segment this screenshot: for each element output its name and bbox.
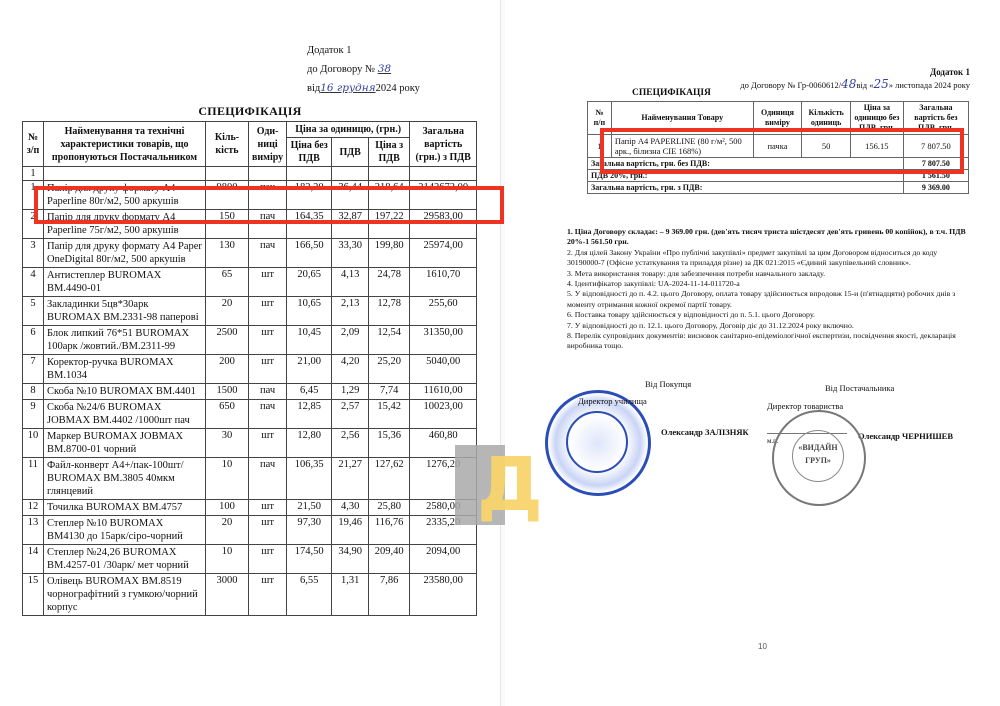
cell-name: Папір для друку формату А4 Paper OneDigi… [44,239,206,268]
col-price-group: Ціна за одиницю, (грн.) [287,122,410,138]
cell-price: 166,50 [287,239,332,268]
cell-price: 174,50 [287,545,332,574]
cell-total: 29583,00 [410,210,477,239]
cell-unit: шт [249,355,287,384]
col-total: Загальна вартість (грн.) з ПДВ [410,122,477,167]
note-8: 8. Перелік супровідних документів: висно… [567,331,972,352]
cell-unit: пач [249,181,287,210]
cell-vat [332,167,369,181]
rcol-unit: Одиниця виміру [753,102,802,135]
cell-unit: пач [249,458,287,500]
cell-n: 4 [23,268,44,297]
summary-row-net: Загальна вартість, грн. без ПДВ: 7 807.5… [588,158,969,170]
cell-total: 5040,00 [410,355,477,384]
annex-contract-line: до Договору № 38 [307,60,420,79]
table-row: 1Папір для друку формату А4 Paperline 80… [23,181,477,210]
cell-n: 1 [23,167,44,181]
supplier-stamp-icon: «ВИДАЙН ГРУП» [772,410,866,506]
cell-qty: 130 [206,239,249,268]
cell-n: 2 [23,210,44,239]
cell-unit [249,167,287,181]
cell-qty: 10 [206,458,249,500]
table-row: 1 [23,167,477,181]
cell-vat: 33,30 [332,239,369,268]
cell-name: Коректор-ручка BUROMAX BM.1034 [44,355,206,384]
cell-n: 3 [23,239,44,268]
right-day-handwritten: 25 [873,77,888,91]
cell-qty: 650 [206,400,249,429]
cell-total: 2094,00 [410,545,477,574]
cell-qty: 100 [206,500,249,516]
col-vat: ПДВ [332,138,369,167]
cell-qty: 3000 [206,574,249,616]
cell-n: 5 [23,297,44,326]
table-row: 8Скоба №10 BUROMAX BM.44011500пач6,451,2… [23,384,477,400]
cell-vat: 21,27 [332,458,369,500]
cell-vat: 34,90 [332,545,369,574]
contract-notes: 1. Ціна Договору складає: – 9 369.00 грн… [567,227,972,352]
table-row: 2Папір для друку формату А4 Paperline 75… [23,210,477,239]
watermark-logo-icon: Д [455,445,585,525]
cell-n: 8 [23,384,44,400]
cell-vat: 36,44 [332,181,369,210]
cell-price: 10,45 [287,326,332,355]
table-row: 1 Папір А4 PAPERLINE (80 г/м², 500 арк.,… [588,135,969,158]
annex-header: Додаток 1 до Договору № 38 від16 грудня2… [307,41,420,98]
cell-price-vat: 218,64 [369,181,410,210]
specification-table: № з/п Найменування та технічні характери… [22,121,477,616]
table-row: 10Маркер BUROMAX JOBMAX BM.8700-01 чорни… [23,429,477,458]
cell-price-vat: 25,20 [369,355,410,384]
cell-price-vat: 7,86 [369,574,410,616]
annex-date-line: від16 грудня2024 року [307,79,420,98]
cell-price: 10,65 [287,297,332,326]
cell-qty: 20 [206,516,249,545]
table-row: 14Степлер №24,26 BUROMAX BM.4257-01 /30а… [23,545,477,574]
cell-qty: 20 [206,297,249,326]
right-specification-title: СПЕЦИФІКАЦІЯ [632,88,711,98]
cell-qty: 9800 [206,181,249,210]
cell-name: Папір для друку формату А4 Paperline 75г… [44,210,206,239]
cell-vat: 2,57 [332,400,369,429]
cell-qty: 30 [206,429,249,458]
table-row: 11Файл-конверт А4+/пак-100шт/ BUROMAX BM… [23,458,477,500]
buyer-role: Директор училища [578,396,647,406]
cell-name: Олівець BUROMAX BM.8519 чорнографітний з… [44,574,206,616]
cell-name: Точилка BUROMAX BM.4757 [44,500,206,516]
cell-qty [206,167,249,181]
cell-vat: 19,46 [332,516,369,545]
cell-price: 182,20 [287,181,332,210]
cell-n: 1 [23,181,44,210]
col-name: Найменування та технічні характеристики … [44,122,206,167]
cell-total: 11610,00 [410,384,477,400]
cell-n: 14 [23,545,44,574]
note-7: 7. У відповідності до п. 12.1. цього Дог… [567,321,972,331]
cell-name [44,167,206,181]
table-row: 9Скоба №24/6 BUROMAX JOBMAX BM.4402 /100… [23,400,477,429]
cell-price-vat: 127,62 [369,458,410,500]
rcol-num: № п/п [588,102,612,135]
cell-total: 10023,00 [410,400,477,429]
cell-price: 6,45 [287,384,332,400]
cell-qty: 10 [206,545,249,574]
cell-price: 164,35 [287,210,332,239]
cell-price-vat: 12,54 [369,326,410,355]
table-row: 12Точилка BUROMAX BM.4757100шт21,504,302… [23,500,477,516]
rcol-price: Ціна за одиницю без ПДВ, грн. [850,102,903,135]
cell-unit: шт [249,297,287,326]
cell-name: Папір для друку формату А4 Paperline 80г… [44,181,206,210]
cell-name: Антистеплер BUROMAX BM.4490-01 [44,268,206,297]
cell-unit: пач [249,239,287,268]
note-6: 6. Поставка товару здійснюється у відпов… [567,310,972,320]
buyer-label: Від Покупця [645,379,691,389]
rcol-name: Найменування Товару [611,102,753,135]
cell-price-vat: 199,80 [369,239,410,268]
cell-total: 2142672,00 [410,181,477,210]
cell-qty: 200 [206,355,249,384]
cell-price: 6,55 [287,574,332,616]
cell-n: 15 [23,574,44,616]
cell-price: 21,00 [287,355,332,384]
contract-number-handwritten: 38 [378,63,391,75]
cell-name: Степлер №10 BUROMAX BM4130 до 15арк/сіро… [44,516,206,545]
table-row: 3Папір для друку формату А4 Paper OneDig… [23,239,477,268]
note-1: 1. Ціна Договору складає: – 9 369.00 грн… [567,227,972,248]
cell-price: 97,30 [287,516,332,545]
cell-price: 12,85 [287,400,332,429]
cell-price-vat: 24,78 [369,268,410,297]
note-5: 5. У відповідності до п. 4.2. цього Дого… [567,289,972,310]
cell-unit: пач [249,210,287,239]
cell-unit: шт [249,516,287,545]
cell-price [287,167,332,181]
cell-total: 25974,00 [410,239,477,268]
cell-vat: 1,29 [332,384,369,400]
cell-price: 106,35 [287,458,332,500]
cell-price-vat [369,167,410,181]
note-3: 3. Мета використання товару: для забезпе… [567,269,972,279]
cell-total: 31350,00 [410,326,477,355]
cell-unit: шт [249,574,287,616]
note-4: 4. Ідентифікатор закупівлі: UA-2024-11-1… [567,279,972,289]
cell-qty: 150 [206,210,249,239]
cell-unit: шт [249,429,287,458]
cell-price-vat: 15,36 [369,429,410,458]
cell-n: 12 [23,500,44,516]
cell-price-vat: 25,80 [369,500,410,516]
cell-price: 20,65 [287,268,332,297]
cell-qty: 2500 [206,326,249,355]
right-specification-table: № п/п Найменування Товару Одиниця виміру… [587,101,969,194]
cell-total [410,167,477,181]
cell-n: 7 [23,355,44,384]
cell-unit: шт [249,545,287,574]
cell-price-vat: 7,74 [369,384,410,400]
cell-price: 21,50 [287,500,332,516]
cell-name: Скоба №24/6 BUROMAX JOBMAX BM.4402 /1000… [44,400,206,429]
col-unit: Оди-ниці виміру [249,122,287,167]
table-row: 15Олівець BUROMAX BM.8519 чорнографітний… [23,574,477,616]
supplier-label: Від Постачальника [825,383,894,393]
cell-unit: пач [249,384,287,400]
annex-title: Додаток 1 [307,41,420,60]
cell-unit: шт [249,268,287,297]
cell-n: 11 [23,458,44,500]
cell-vat: 4,20 [332,355,369,384]
cell-vat: 2,09 [332,326,369,355]
cell-vat: 2,13 [332,297,369,326]
cell-qty: 65 [206,268,249,297]
specification-title: СПЕЦИФІКАЦІЯ [0,104,500,119]
table-row: 13Степлер №10 BUROMAX BM4130 до 15арк/сі… [23,516,477,545]
col-qty: Кіль-кість [206,122,249,167]
supplier-role: Директор товариства [767,401,843,411]
note-2: 2. Для цілей Закону України «Про публічн… [567,248,972,269]
cell-total: 1610,70 [410,268,477,297]
cell-n: 10 [23,429,44,458]
summary-row-gross: Загальна вартість, грн. з ПДВ: 9 369.00 [588,182,969,194]
cell-vat: 1,31 [332,574,369,616]
table-row: 5Закладинки 5цв*30арк BUROMAX BM.2331-98… [23,297,477,326]
cell-name: Закладинки 5цв*30арк BUROMAX BM.2331-98 … [44,297,206,326]
col-price-no-vat: Ціна без ПДВ [287,138,332,167]
cell-price-vat: 209,40 [369,545,410,574]
cell-name: Блок липкий 76*51 BUROMAX 100арк /жовтий… [44,326,206,355]
cell-price-vat: 116,76 [369,516,410,545]
cell-vat: 4,13 [332,268,369,297]
cell-total: 255,60 [410,297,477,326]
right-annex-line: до Договору № Гр-0060612/48від «25» лист… [740,77,970,91]
cell-name: Скоба №10 BUROMAX BM.4401 [44,384,206,400]
cell-price-vat: 15,42 [369,400,410,429]
cell-price: 12,80 [287,429,332,458]
cell-price-vat: 12,78 [369,297,410,326]
rcol-qty: Кількість одиниць [802,102,851,135]
cell-name: Файл-конверт А4+/пак-100шт/ BUROMAX BM.3… [44,458,206,500]
buyer-name: Олександр ЗАЛІЗНЯК [661,427,749,437]
cell-n: 9 [23,400,44,429]
cell-name: Степлер №24,26 BUROMAX BM.4257-01 /30арк… [44,545,206,574]
left-document-page: Додаток 1 до Договору № 38 від16 грудня2… [0,0,501,706]
cell-n: 6 [23,326,44,355]
right-contract-handwritten: 48 [841,77,856,91]
cell-n: 13 [23,516,44,545]
cell-total: 23580,00 [410,574,477,616]
cell-vat: 2,56 [332,429,369,458]
supplier-name: Олександр ЧЕРНИШЕВ [858,431,953,441]
cell-vat: 4,30 [332,500,369,516]
table-row: 6Блок липкий 76*51 BUROMAX 100арк /жовти… [23,326,477,355]
cell-name: Маркер BUROMAX JOBMAX BM.8700-01 чорний [44,429,206,458]
col-price-with-vat: Ціна з ПДВ [369,138,410,167]
cell-unit: шт [249,500,287,516]
summary-row-vat: ПДВ 20%, грн.: 1 561.50 [588,170,969,182]
cell-vat: 32,87 [332,210,369,239]
rcol-total: Загальна вартість без ПДВ, грн. [903,102,968,135]
cell-price-vat: 197,22 [369,210,410,239]
cell-qty: 1500 [206,384,249,400]
right-annex-title: Додаток 1 [930,67,970,77]
col-num: № з/п [23,122,44,167]
date-handwritten: 16 грудня [320,82,375,94]
page-number: 10 [758,642,767,651]
cell-unit: пач [249,400,287,429]
table-row: 7Коректор-ручка BUROMAX BM.1034200шт21,0… [23,355,477,384]
cell-unit: шт [249,326,287,355]
table-row: 4Антистеплер BUROMAX BM.4490-0165шт20,65… [23,268,477,297]
